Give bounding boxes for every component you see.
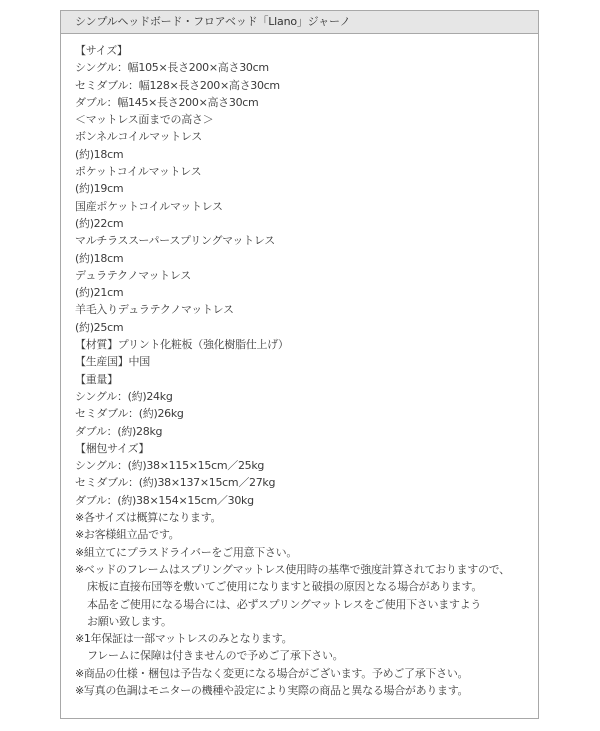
spec-line: ダブル：幅145×長さ200×高さ30cm: [75, 94, 538, 111]
spec-line: ※商品の仕様・梱包は予告なく変更になる場合がございます。予めご了承下さい。: [75, 665, 538, 682]
spec-line: (約)22cm: [75, 215, 538, 232]
spec-line: フレームに保障は付きませんので予めご了承下さい。: [75, 647, 538, 664]
spec-line: 【生産国】中国: [75, 353, 538, 370]
spec-line: 本品をご使用になる場合には、必ずスプリングマットレスをご使用下さいますよう: [75, 596, 538, 613]
spec-line: 【重量】: [75, 371, 538, 388]
spec-header-title: シンプルヘッドボード・フロアベッド「Llano」ジャーノ: [61, 11, 538, 34]
spec-line: セミダブル：(約)38×137×15cm／27kg: [75, 474, 538, 491]
spec-line: 【サイズ】: [75, 42, 538, 59]
spec-line: (約)19cm: [75, 180, 538, 197]
spec-line: セミダブル：(約)26kg: [75, 405, 538, 422]
spec-line: 国産ポケットコイルマットレス: [75, 198, 538, 215]
product-spec-box: シンプルヘッドボード・フロアベッド「Llano」ジャーノ 【サイズ】シングル：幅…: [60, 10, 539, 719]
spec-line: 羊毛入りデュラテクノマットレス: [75, 301, 538, 318]
spec-line: ※写真の色調はモニターの機種や設定により実際の商品と異なる場合があります。: [75, 682, 538, 699]
spec-line: シングル：(約)24kg: [75, 388, 538, 405]
spec-line: ＜マットレス面までの高さ＞: [75, 111, 538, 128]
spec-line: ※1年保証は一部マットレスのみとなります。: [75, 630, 538, 647]
spec-line: ダブル：(約)28kg: [75, 423, 538, 440]
spec-line: (約)25cm: [75, 319, 538, 336]
spec-line: シングル：(約)38×115×15cm／25kg: [75, 457, 538, 474]
spec-line: ボンネルコイルマットレス: [75, 128, 538, 145]
spec-line: マルチラススーパースプリングマットレス: [75, 232, 538, 249]
spec-line: お願い致します。: [75, 613, 538, 630]
spec-body: 【サイズ】シングル：幅105×長さ200×高さ30cmセミダブル：幅128×長さ…: [61, 34, 538, 699]
spec-line: ダブル：(約)38×154×15cm／30kg: [75, 492, 538, 509]
spec-line: (約)18cm: [75, 250, 538, 267]
spec-line: ※各サイズは概算になります。: [75, 509, 538, 526]
spec-line: デュラテクノマットレス: [75, 267, 538, 284]
spec-line: (約)21cm: [75, 284, 538, 301]
spec-line: ポケットコイルマットレス: [75, 163, 538, 180]
spec-line: ※組立てにプラスドライバーをご用意下さい。: [75, 544, 538, 561]
spec-line: セミダブル：幅128×長さ200×高さ30cm: [75, 77, 538, 94]
spec-line: 床板に直接布団等を敷いてご使用になりますと破損の原因となる場合があります。: [75, 578, 538, 595]
spec-line: 【梱包サイズ】: [75, 440, 538, 457]
spec-line: ※お客様組立品です。: [75, 526, 538, 543]
spec-line: 【材質】プリント化粧板（強化樹脂仕上げ）: [75, 336, 538, 353]
spec-line: ※ベッドのフレームはスプリングマットレス使用時の基準で強度計算されておりますので…: [75, 561, 538, 578]
spec-line: (約)18cm: [75, 146, 538, 163]
spec-line: シングル：幅105×長さ200×高さ30cm: [75, 59, 538, 76]
